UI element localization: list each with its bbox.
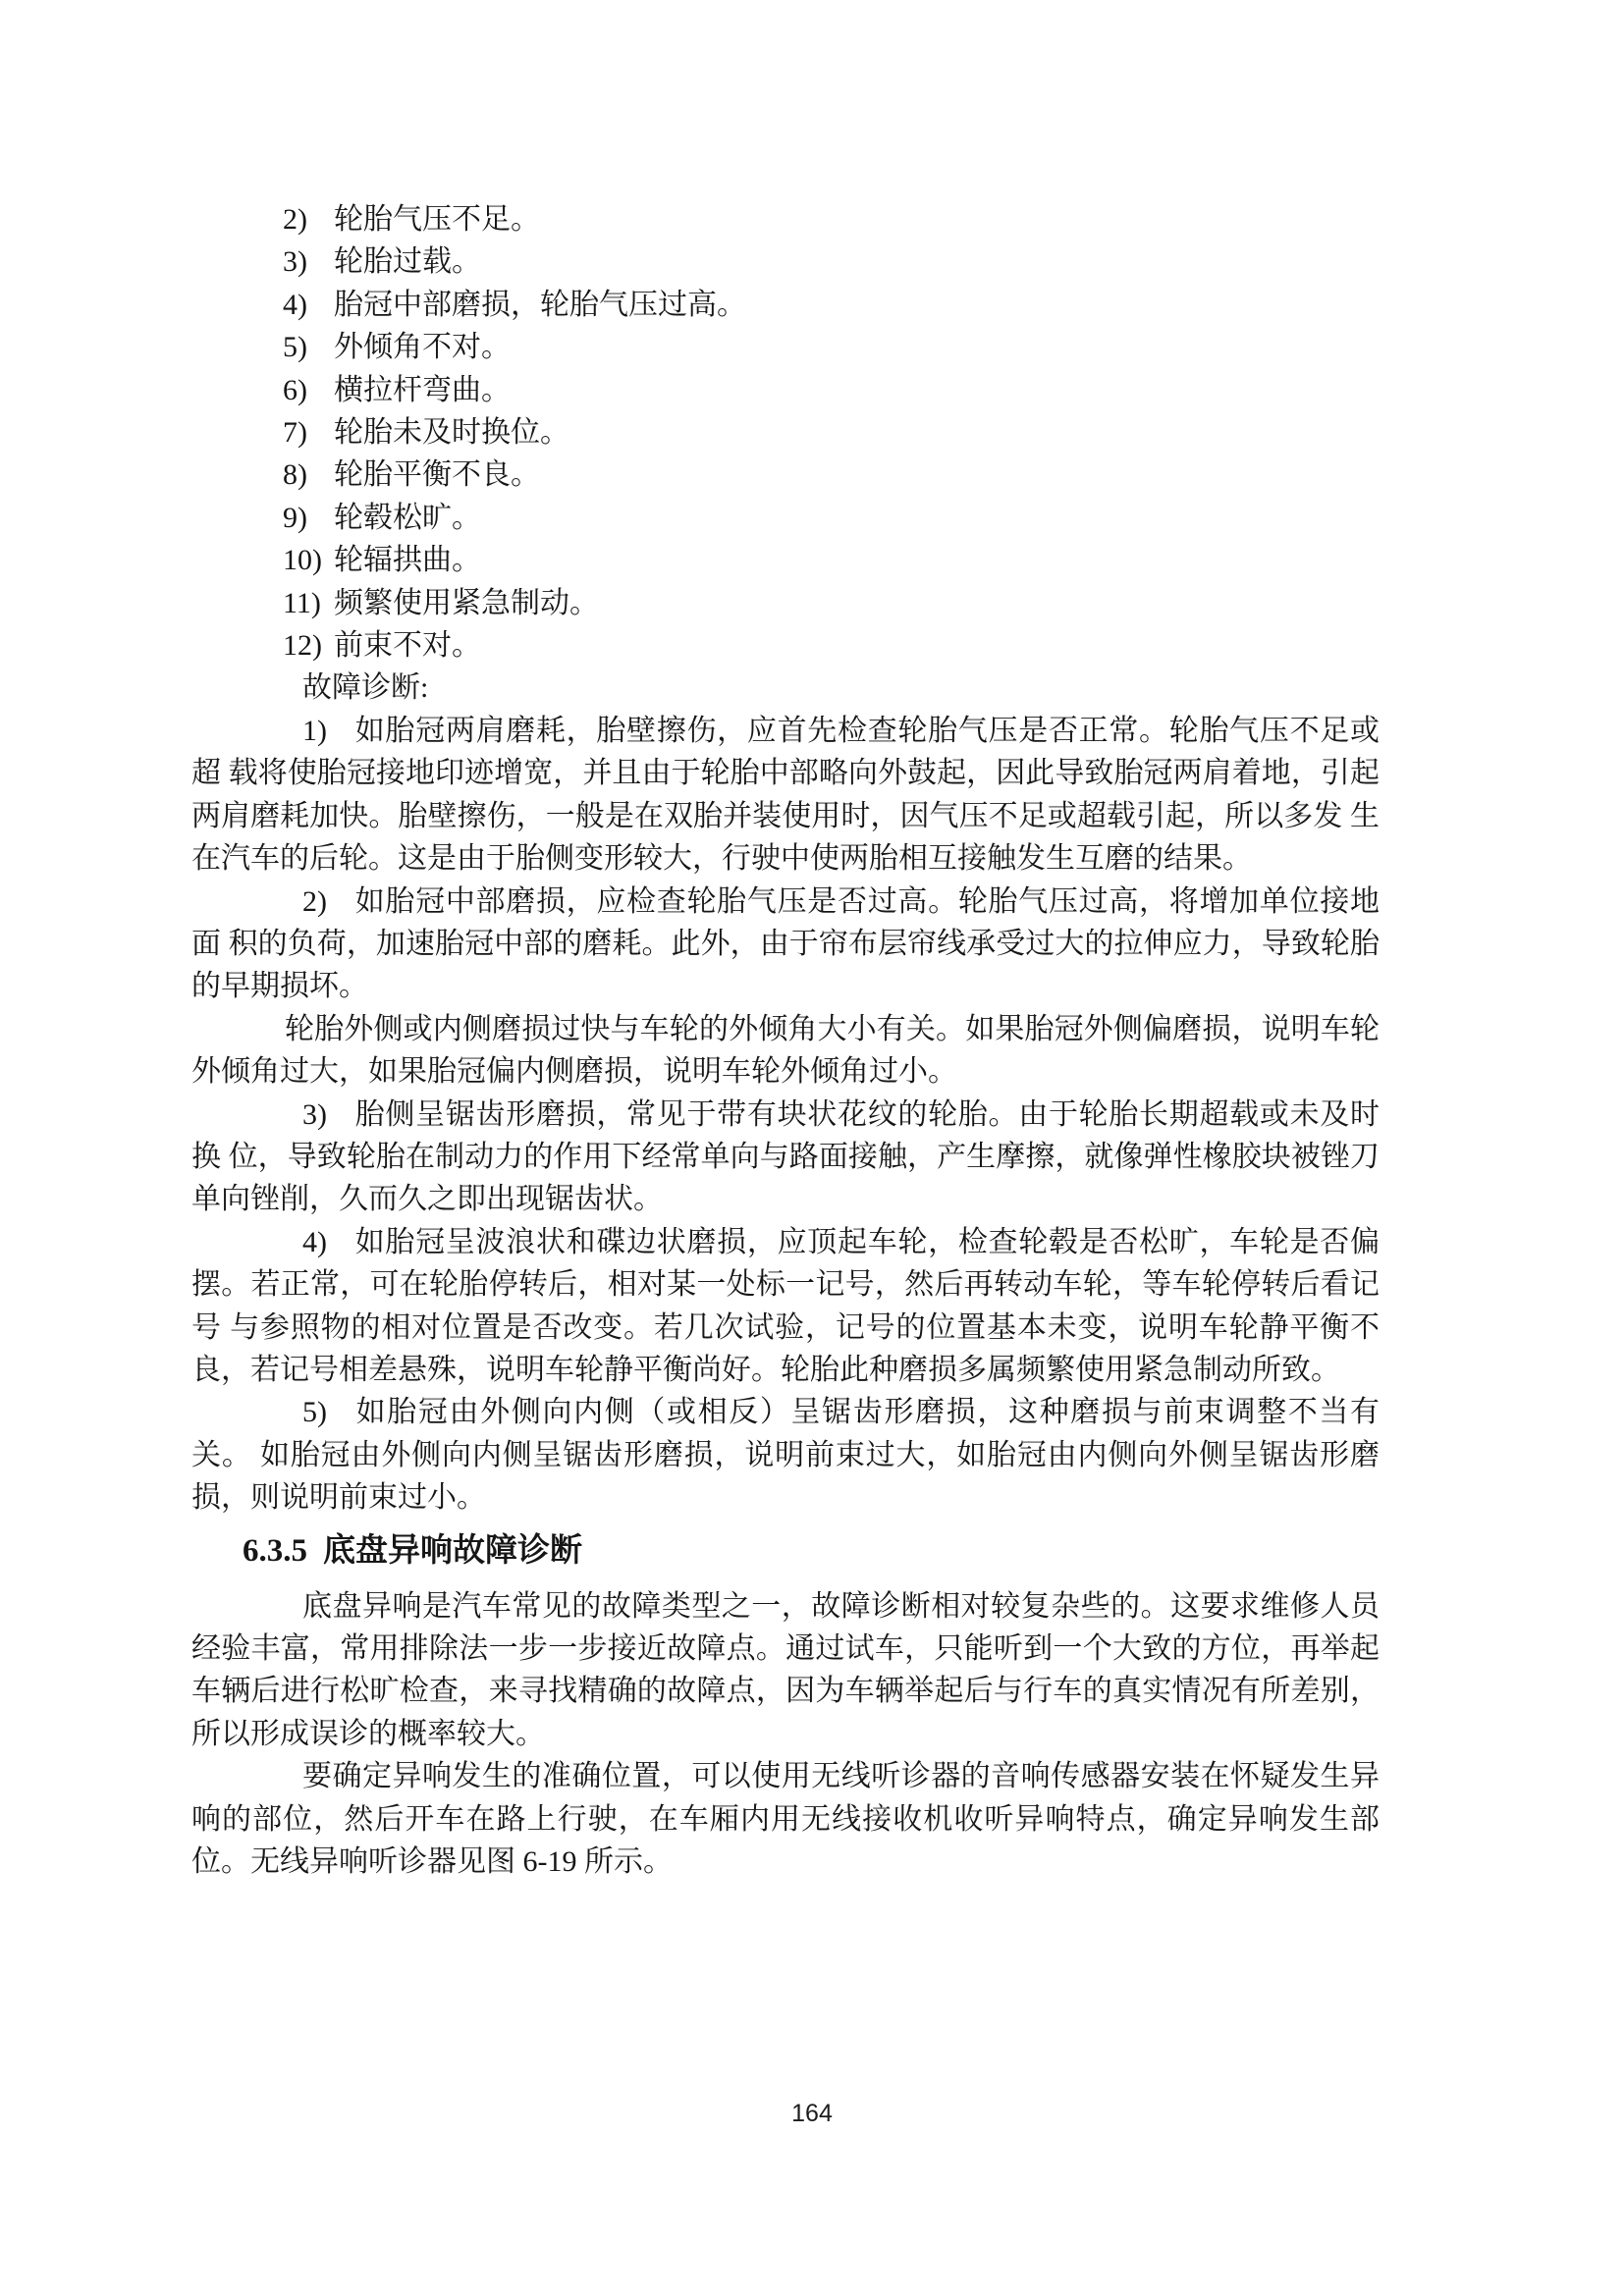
- list-item-number: 2): [283, 198, 334, 240]
- paragraph-number: 3): [302, 1098, 327, 1131]
- list-item-number: 11): [283, 582, 334, 624]
- list-item-text: 外倾角不对。: [334, 331, 511, 363]
- list-item-text: 轮辐拱曲。: [334, 544, 481, 576]
- list-item-number: 6): [283, 369, 334, 411]
- list-item-text: 胎冠中部磨损，轮胎气压过高。: [334, 289, 746, 321]
- diagnosis-paragraph: 轮胎外侧或内侧磨损过快与车轮的外倾角大小有关。如果胎冠外侧偏磨损，说明车轮 外倾…: [191, 1008, 1380, 1094]
- document-page: 2)轮胎气压不足。 3)轮胎过载。 4)胎冠中部磨损，轮胎气压过高。 5)外倾角…: [0, 0, 1624, 2296]
- list-item-number: 10): [283, 539, 334, 581]
- list-item-text: 轮毂松旷。: [334, 502, 481, 534]
- list-item-text: 轮胎气压不足。: [334, 203, 540, 236]
- list-item-number: 4): [283, 284, 334, 326]
- list-item-number: 3): [283, 240, 334, 283]
- section-number: 6.3.5: [243, 1533, 307, 1569]
- paragraph-text: 胎侧呈锯齿形磨损，常见于带有块状花纹的轮胎。由于轮胎长期超载或未及时换 位，导致…: [191, 1098, 1380, 1216]
- list-item-text: 频繁使用紧急制动。: [334, 587, 599, 619]
- paragraph-number: 1): [302, 715, 327, 747]
- list-item-text: 轮胎未及时换位。: [334, 416, 569, 449]
- diagnosis-paragraph: 3)胎侧呈锯齿形磨损，常见于带有块状花纹的轮胎。由于轮胎长期超载或未及时换 位，…: [191, 1094, 1380, 1221]
- section-title: 底盘异响故障诊断: [323, 1533, 582, 1569]
- list-item: 3)轮胎过载。: [191, 240, 1380, 283]
- paragraph-text: 如胎冠呈波浪状和碟边状磨损，应顶起车轮，检查轮毂是否松旷，车轮是否偏摆。若正常，…: [191, 1226, 1380, 1386]
- list-item: 4)胎冠中部磨损，轮胎气压过高。: [191, 284, 1380, 326]
- section-heading: 6.3.5底盘异响故障诊断: [243, 1526, 1380, 1575]
- paragraph-text: 轮胎外侧或内侧磨损过快与车轮的外倾角大小有关。如果胎冠外侧偏磨损，说明车轮 外倾…: [191, 1013, 1380, 1088]
- page-content: 2)轮胎气压不足。 3)轮胎过载。 4)胎冠中部磨损，轮胎气压过高。 5)外倾角…: [191, 198, 1380, 1883]
- list-item-number: 9): [283, 497, 334, 539]
- page-number: 164: [0, 2100, 1624, 2128]
- diagnosis-paragraph: 1)如胎冠两肩磨耗，胎壁擦伤，应首先检查轮胎气压是否正常。轮胎气压不足或超 载将…: [191, 710, 1380, 881]
- list-item: 5)外倾角不对。: [191, 326, 1380, 368]
- list-item-number: 12): [283, 624, 334, 667]
- diagnosis-paragraph: 4)如胎冠呈波浪状和碟边状磨损，应顶起车轮，检查轮毂是否松旷，车轮是否偏摆。若正…: [191, 1221, 1380, 1392]
- list-item-number: 5): [283, 326, 334, 368]
- list-item-text: 轮胎过载。: [334, 245, 481, 278]
- paragraph-number: 4): [302, 1226, 327, 1258]
- diagnosis-paragraph: 2)如胎冠中部磨损，应检查轮胎气压是否过高。轮胎气压过高，将增加单位接地面 积的…: [191, 881, 1380, 1008]
- section-paragraph: 要确定异响发生的准确位置，可以使用无线听诊器的音响传感器安装在怀疑发生异响的部位…: [191, 1755, 1380, 1883]
- list-item: 7)轮胎未及时换位。: [191, 411, 1380, 454]
- list-item: 11)频繁使用紧急制动。: [191, 582, 1380, 624]
- list-item: 12)前束不对。: [191, 624, 1380, 667]
- list-item-number: 7): [283, 411, 334, 454]
- paragraph-number: 2): [302, 885, 327, 918]
- diagnosis-label: 故障诊断:: [191, 667, 1380, 709]
- paragraph-text: 如胎冠由外侧向内侧（或相反）呈锯齿形磨损，这种磨损与前束调整不当有关。 如胎冠由…: [191, 1396, 1380, 1514]
- list-item: 9)轮毂松旷。: [191, 497, 1380, 539]
- paragraph-text: 如胎冠两肩磨耗，胎壁擦伤，应首先检查轮胎气压是否正常。轮胎气压不足或超 载将使胎…: [191, 715, 1380, 875]
- paragraph-number: 5): [302, 1396, 327, 1428]
- list-item-number: 8): [283, 454, 334, 496]
- list-item: 10)轮辐拱曲。: [191, 539, 1380, 581]
- paragraph-text: 如胎冠中部磨损，应检查轮胎气压是否过高。轮胎气压过高，将增加单位接地面 积的负荷…: [191, 885, 1380, 1003]
- list-item-text: 轮胎平衡不良。: [334, 458, 540, 491]
- list-item: 2)轮胎气压不足。: [191, 198, 1380, 240]
- list-item: 8)轮胎平衡不良。: [191, 454, 1380, 496]
- list-item-text: 横拉杆弯曲。: [334, 374, 511, 406]
- section-paragraph: 底盘异响是汽车常见的故障类型之一，故障诊断相对较复杂些的。这要求维修人员经验丰富…: [191, 1585, 1380, 1756]
- list-item: 6)横拉杆弯曲。: [191, 369, 1380, 411]
- list-item-text: 前束不对。: [334, 629, 481, 662]
- diagnosis-paragraph: 5)如胎冠由外侧向内侧（或相反）呈锯齿形磨损，这种磨损与前束调整不当有关。 如胎…: [191, 1391, 1380, 1519]
